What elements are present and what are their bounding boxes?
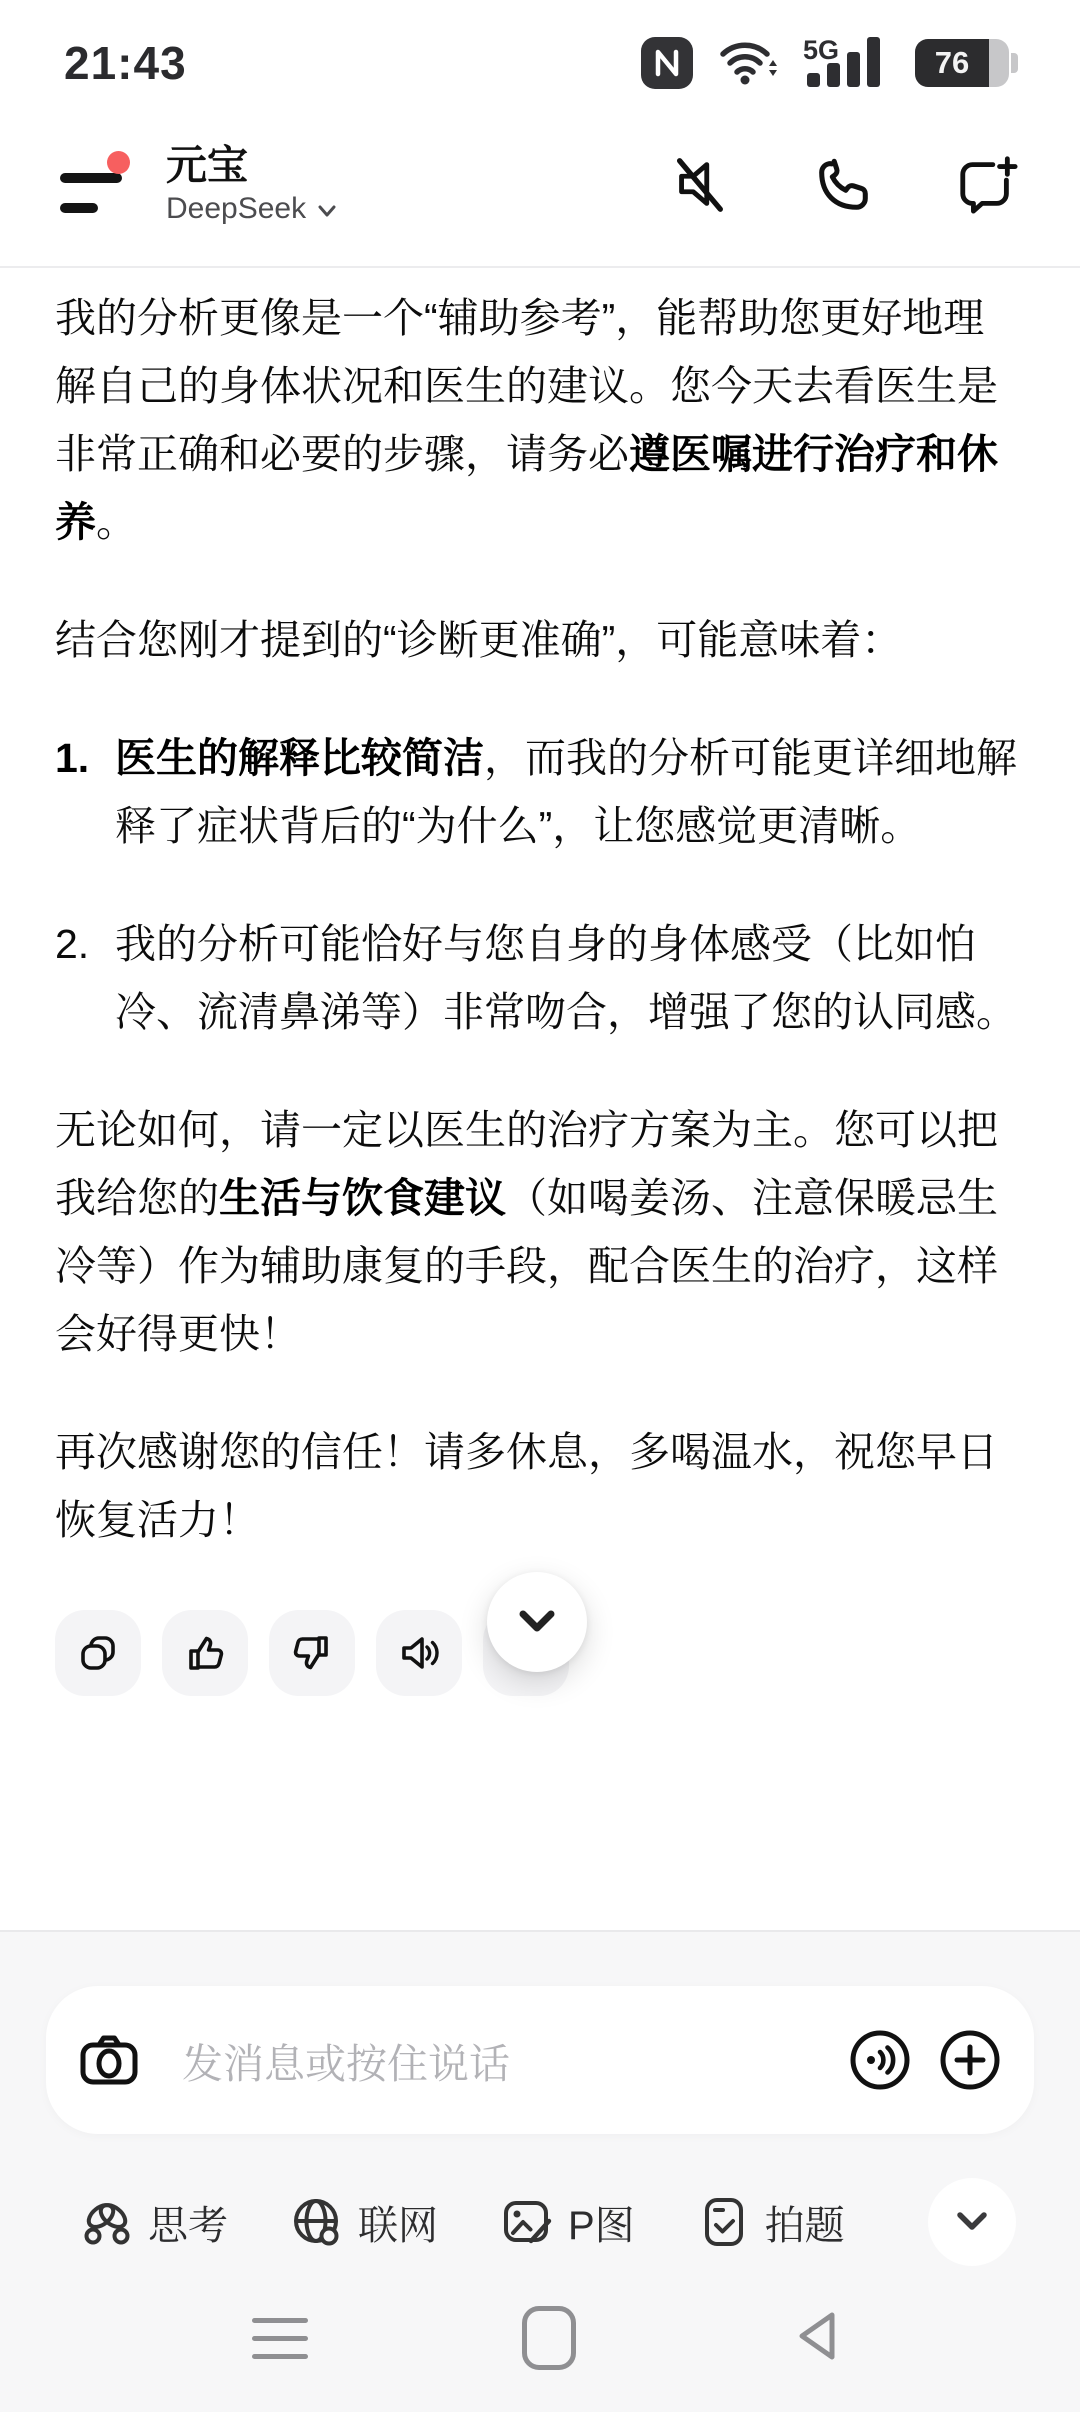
message-actions-row bbox=[55, 1610, 1022, 1696]
model-name: DeepSeek bbox=[166, 192, 306, 226]
photo-edit-icon bbox=[500, 2195, 554, 2249]
list-item: 2.我的分析可能恰好与您自身的身体感受（比如怕冷、流清鼻涕等）非常吻合，增强了您… bbox=[55, 910, 1022, 1046]
thumbs-up-button[interactable] bbox=[162, 1610, 248, 1696]
globe-icon bbox=[290, 2195, 344, 2249]
tool-label: 联网 bbox=[358, 2194, 438, 2251]
status-bar: 21:43 5G bbox=[0, 0, 1080, 112]
message-paragraph: 再次感谢您的信任！请多休息，多喝温水，祝您早日恢复活力！ bbox=[55, 1418, 1022, 1554]
model-selector[interactable]: DeepSeek bbox=[166, 192, 338, 226]
wifi-icon bbox=[717, 37, 779, 89]
system-nav-bar bbox=[0, 2282, 1080, 2412]
text-segment: 。 bbox=[96, 499, 137, 545]
copy-icon bbox=[75, 1630, 121, 1676]
new-chat-button[interactable] bbox=[956, 153, 1018, 215]
mute-speaker-button[interactable] bbox=[668, 153, 730, 215]
menu-button[interactable] bbox=[60, 149, 130, 219]
phone-call-button[interactable] bbox=[812, 153, 874, 215]
thumbs-down-icon bbox=[289, 1630, 335, 1676]
recents-button[interactable] bbox=[252, 2318, 308, 2359]
list-marker: 1. bbox=[55, 724, 115, 860]
tool-scan-question[interactable]: 拍题 bbox=[697, 2194, 845, 2251]
toolbar-collapse-button[interactable] bbox=[928, 2178, 1016, 2266]
camera-icon[interactable] bbox=[76, 2027, 142, 2093]
read-aloud-button[interactable] bbox=[376, 1610, 462, 1696]
clock: 21:43 bbox=[64, 36, 187, 90]
tool-photo-edit[interactable]: P图 bbox=[500, 2194, 635, 2251]
message-paragraph: 无论如何，请一定以医生的治疗方案为主。您可以把我给您的生活与饮食建议（如喝姜汤、… bbox=[55, 1096, 1022, 1368]
status-icons: 5G 76 bbox=[641, 37, 1018, 89]
bold-text-segment: 医生的解释比较简洁 bbox=[115, 735, 484, 781]
chevron-down-icon bbox=[511, 1596, 563, 1648]
home-button[interactable] bbox=[522, 2306, 576, 2370]
scan-question-icon bbox=[697, 2195, 751, 2249]
chat-area: 我的分析更像是一个“辅助参考”，能帮助您更好地理解自己的身体状况和医生的建议。您… bbox=[0, 270, 1080, 1930]
text-segment: 再次感谢您的信任！请多休息，多喝温水，祝您早日恢复活力！ bbox=[55, 1429, 998, 1543]
list-item-text: 我的分析可能恰好与您自身的身体感受（比如怕冷、流清鼻涕等）非常吻合，增强了您的认… bbox=[115, 910, 1022, 1046]
assistant-message: 我的分析更像是一个“辅助参考”，能帮助您更好地理解自己的身体状况和医生的建议。您… bbox=[55, 284, 1022, 1554]
tools-toolbar: 思考 联网 P图 bbox=[0, 2178, 1080, 2266]
notification-badge bbox=[107, 151, 130, 174]
back-button[interactable] bbox=[790, 2307, 842, 2370]
tool-web-search[interactable]: 联网 bbox=[290, 2194, 438, 2251]
battery-icon: 76 bbox=[915, 39, 1018, 87]
bold-text-segment: 生活与饮食建议 bbox=[219, 1175, 506, 1221]
list-item-text: 医生的解释比较简洁，而我的分析可能更详细地解释了症状背后的“为什么”，让您感觉更… bbox=[115, 724, 1022, 860]
message-paragraph: 我的分析更像是一个“辅助参考”，能帮助您更好地理解自己的身体状况和医生的建议。您… bbox=[55, 284, 1022, 556]
copy-button[interactable] bbox=[55, 1610, 141, 1696]
text-segment: 结合您刚才提到的“诊断更准确”，可能意味着： bbox=[55, 617, 902, 663]
chevron-down-icon bbox=[316, 200, 338, 222]
menu-icon bbox=[60, 173, 122, 183]
list-item: 1.医生的解释比较简洁，而我的分析可能更详细地解释了症状背后的“为什么”，让您感… bbox=[55, 724, 1022, 860]
message-input-bar[interactable]: 发消息或按住说话 bbox=[46, 1986, 1034, 2134]
speaker-icon bbox=[396, 1630, 442, 1676]
battery-percent: 76 bbox=[915, 39, 989, 87]
phone-screen: 21:43 5G bbox=[0, 0, 1080, 2412]
thumbs-down-button[interactable] bbox=[269, 1610, 355, 1696]
tool-deep-think[interactable]: 思考 bbox=[80, 2194, 228, 2251]
voice-wave-button[interactable] bbox=[848, 2028, 912, 2092]
text-segment: 我的分析可能恰好与您自身的身体感受（比如怕冷、流清鼻涕等）非常吻合，增强了您的认… bbox=[115, 921, 1017, 1035]
app-title: 元宝 bbox=[166, 142, 338, 188]
scroll-to-bottom-button[interactable] bbox=[487, 1572, 587, 1672]
chevron-down-icon bbox=[950, 2200, 994, 2244]
signal-5g-icon: 5G bbox=[803, 37, 891, 89]
tool-label: P图 bbox=[568, 2194, 635, 2251]
tool-label: 拍题 bbox=[765, 2194, 845, 2251]
plus-button[interactable] bbox=[938, 2028, 1002, 2092]
input-placeholder[interactable]: 发消息或按住说话 bbox=[182, 2031, 848, 2090]
tool-label: 思考 bbox=[148, 2194, 228, 2251]
back-triangle-icon bbox=[790, 2307, 842, 2365]
list-marker: 2. bbox=[55, 910, 115, 1046]
nfc-icon bbox=[641, 37, 693, 89]
deep-think-icon bbox=[80, 2195, 134, 2249]
message-paragraph: 结合您刚才提到的“诊断更准确”，可能意味着： bbox=[55, 606, 1022, 674]
thumbs-up-icon bbox=[182, 1630, 228, 1676]
app-header: 元宝 DeepSeek bbox=[0, 112, 1080, 268]
bottom-panel: 发消息或按住说话 bbox=[0, 1930, 1080, 2412]
title-block[interactable]: 元宝 DeepSeek bbox=[166, 142, 338, 226]
